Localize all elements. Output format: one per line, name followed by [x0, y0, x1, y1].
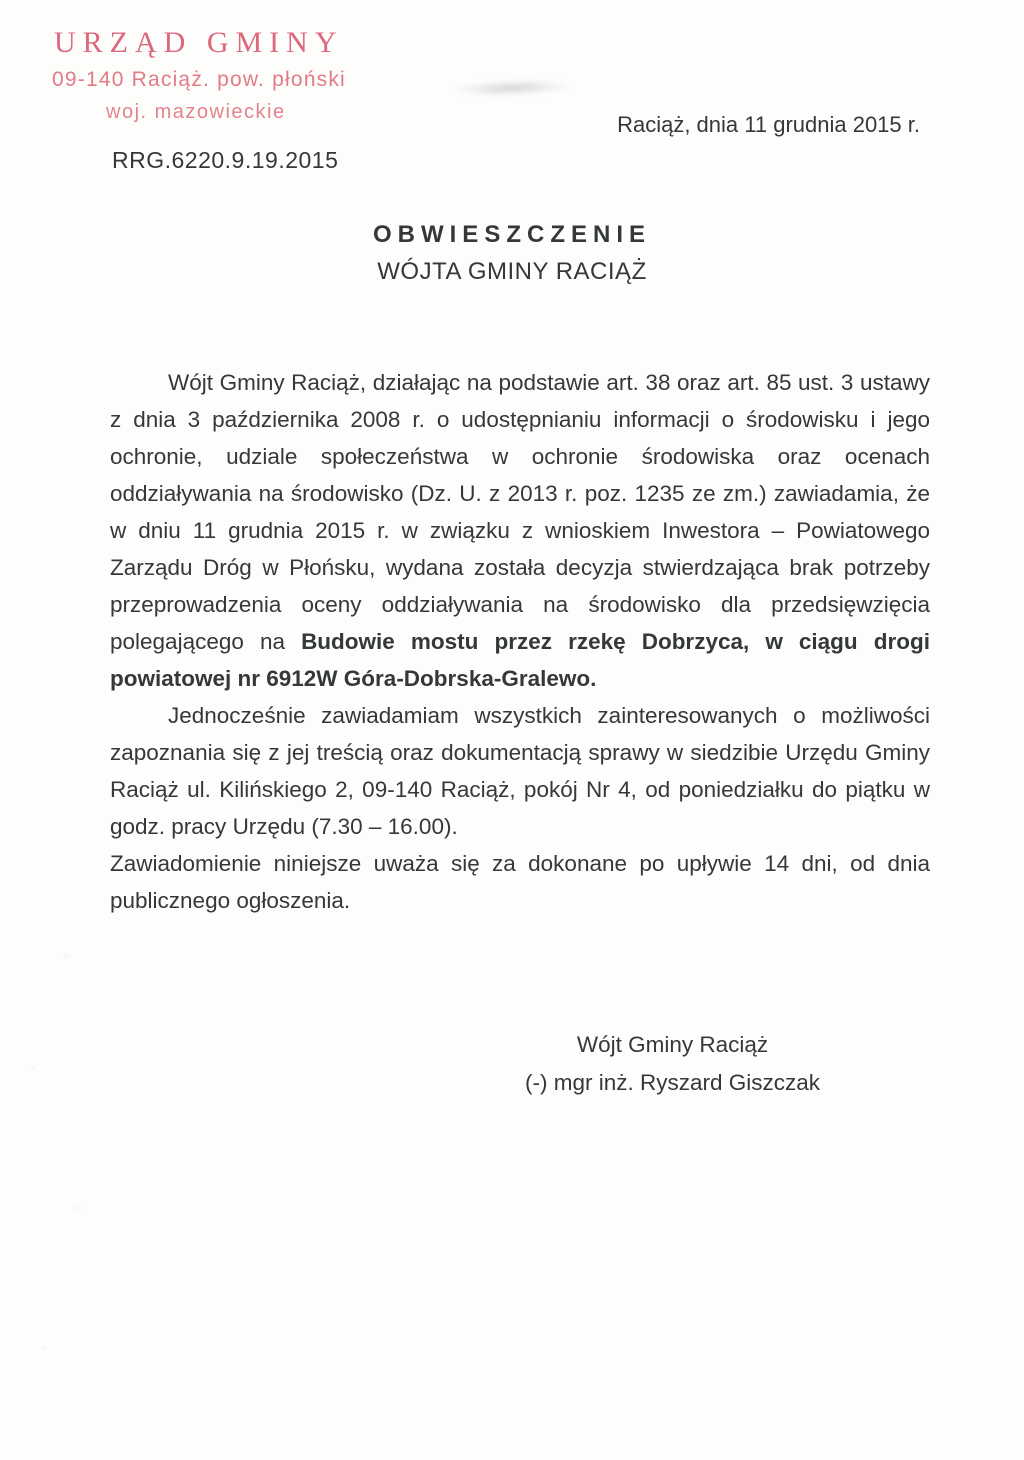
body-paragraph-1: Wójt Gminy Raciąż, działając na podstawi…	[110, 364, 930, 697]
document-body: Wójt Gminy Raciąż, działając na podstawi…	[110, 364, 930, 919]
paragraph-1-text: Wójt Gminy Raciąż, działając na podstawi…	[110, 370, 930, 654]
document-page: URZĄD GMINY 09-140 Raciąż. pow. płoński …	[0, 0, 1024, 1460]
date-line: Raciąż, dnia 11 grudnia 2015 r.	[520, 112, 920, 138]
signature-block: Wójt Gminy Raciąż (-) mgr inż. Ryszard G…	[400, 1026, 945, 1101]
stamp-voivodeship: woj. mazowieckie	[106, 101, 286, 124]
body-paragraph-3: Zawiadomienie niniejsze uważa się za dok…	[110, 845, 930, 919]
scan-speckle-artifact	[0, 900, 110, 1460]
reference-number: RRG.6220.9.19.2015	[112, 147, 338, 174]
scan-smudge-artifact	[452, 78, 572, 98]
stamp-address: 09-140 Raciąż. pow. płoński	[52, 68, 346, 92]
title-block: OBWIESZCZENIE WÓJTA GMINY RACIĄŻ	[0, 221, 1024, 286]
signature-name: (-) mgr inż. Ryszard Giszczak	[400, 1064, 945, 1102]
document-subtitle: WÓJTA GMINY RACIĄŻ	[0, 258, 1024, 286]
signature-title: Wójt Gminy Raciąż	[400, 1026, 945, 1064]
document-title: OBWIESZCZENIE	[0, 221, 1024, 249]
body-paragraph-2: Jednocześnie zawiadamiam wszystkich zain…	[110, 697, 930, 845]
stamp-office-name: URZĄD GMINY	[54, 26, 344, 60]
